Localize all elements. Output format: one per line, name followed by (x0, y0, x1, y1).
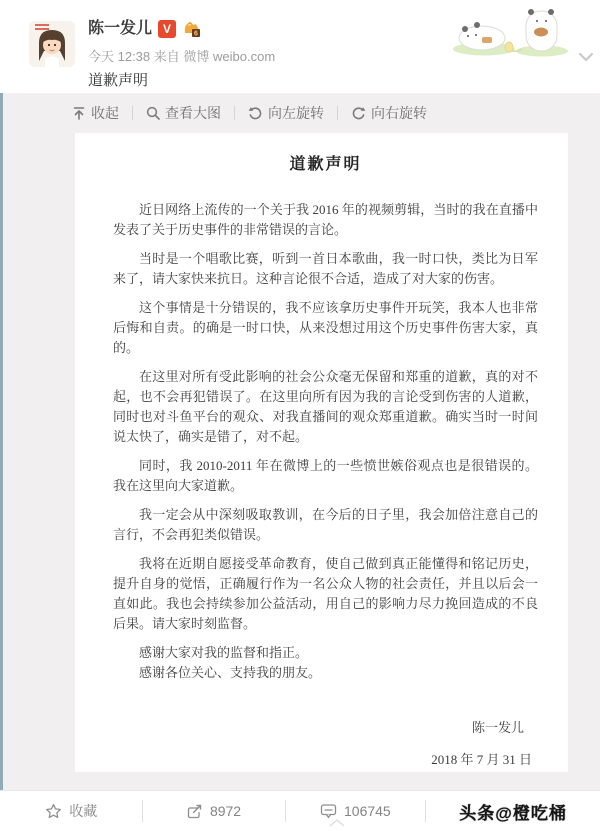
two-pandas-on-grass-icon (452, 4, 572, 59)
cartoon-girl-avatar-icon (29, 21, 75, 67)
watermark-cell: 头条@橙吃桶 (425, 800, 600, 822)
chevron-down-icon[interactable] (578, 50, 594, 68)
post-header: 陈一发儿 V 6 今天 12:38 来自 微博 weibo.com 道歉声明 (0, 0, 600, 93)
rotate-cw-icon (351, 106, 366, 120)
repost-icon (187, 804, 203, 819)
document-paragraph: 我一定会从中深刻吸取教训，在今后的日子里，我会加倍注意自己的言行，不会再犯类似错… (113, 505, 538, 545)
document-date: 2018 年 7 月 31 日 (113, 750, 538, 770)
left-edge-strip (0, 93, 3, 790)
rotate-right-label: 向右旋转 (371, 103, 427, 123)
document-thanks: 感谢大家对我的监督和指正。感谢各位关心、支持我的朋友。 (113, 643, 538, 683)
document-paragraph: 近日网络上流传的一个关于我 2016 年的视频剪辑，当时的我在直播中发表了关于历… (113, 200, 538, 240)
document-paragraph: 同时，我 2010-2011 年在微博上的一些愤世嫉俗观点也是很错误的。我在这里… (113, 456, 538, 496)
view-large-label: 查看大图 (165, 103, 221, 123)
document-paragraph: 这个事情是十分错误的，我不应该拿历史事件开玩笑，我本人也非常后悔和自责。的确是一… (113, 298, 538, 358)
rotate-left-button[interactable]: 向左旋转 (248, 103, 324, 123)
document-paragraph: 当时是一个唱歌比赛，听到一首日本歌曲，我一时口快，类比为日军来了，请大家快来抗日… (113, 249, 538, 289)
verified-badge-icon: V (158, 20, 176, 38)
view-large-button[interactable]: 查看大图 (146, 103, 221, 123)
collapse-label: 收起 (91, 103, 119, 123)
document-paragraph: 我将在近期自愿接受革命教育，使自己做到真正能懂得和铭记历史，提升自身的觉悟，正确… (113, 554, 538, 634)
repost-count: 8972 (210, 803, 241, 819)
comment-button[interactable]: 106745 (285, 800, 426, 822)
thanks-line: 感谢大家对我的监督和指正。 (113, 643, 538, 663)
post-text: 道歉声明 (88, 69, 148, 90)
toolbar-divider (337, 106, 338, 120)
svg-text:6: 6 (194, 31, 198, 38)
document-paragraph: 在这里对所有受此影响的社会公众毫无保留和郑重的道歉，真的对不起，也不会再犯错误了… (113, 367, 538, 447)
signature: 陈一发儿 (113, 718, 538, 738)
document-title: 道歉声明 (113, 155, 538, 175)
vip-level-badge-icon: 6 (182, 20, 202, 38)
collapse-button[interactable]: 收起 (72, 103, 119, 123)
avatar[interactable] (29, 21, 75, 67)
source-link[interactable]: 微博 weibo.com (183, 49, 275, 64)
statement-document-image[interactable]: 道歉声明 近日网络上流传的一个关于我 2016 年的视频剪辑，当时的我在直播中发… (75, 133, 568, 772)
comment-count: 106745 (344, 803, 391, 819)
user-info: 陈一发儿 V 6 今天 12:38 来自 微博 weibo.com (88, 20, 275, 65)
toolbar-divider (132, 106, 133, 120)
username[interactable]: 陈一发儿 (88, 20, 152, 38)
favorite-button[interactable]: 收藏 (0, 800, 142, 822)
timestamp: 今天 12:38 (88, 49, 150, 64)
action-bar: 收藏 8972 106745 头条@橙吃桶 (0, 790, 600, 831)
rotate-ccw-icon (248, 106, 263, 120)
signature-block: 陈一发儿 2018 年 7 月 31 日 (113, 718, 538, 770)
repost-button[interactable]: 8972 (142, 800, 284, 822)
favorite-label: 收藏 (69, 801, 97, 821)
panda-illustration (452, 4, 572, 64)
magnifier-icon (146, 106, 160, 120)
arrow-up-to-bar-icon (72, 106, 86, 120)
image-viewer: 收起 查看大图 向左旋转 向右旋转 道歉声明 (0, 93, 600, 790)
star-icon (45, 803, 62, 819)
source-prefix: 来自 (154, 49, 180, 64)
watermark: 头条@橙吃桶 (459, 799, 567, 824)
caret-up-icon (328, 814, 346, 831)
image-toolbar: 收起 查看大图 向左旋转 向右旋转 (0, 93, 600, 133)
toolbar-divider (234, 106, 235, 120)
thanks-line: 感谢各位关心、支持我的朋友。 (113, 663, 538, 683)
document-paragraphs: 近日网络上流传的一个关于我 2016 年的视频剪辑，当时的我在直播中发表了关于历… (113, 200, 538, 634)
rotate-right-button[interactable]: 向右旋转 (351, 103, 427, 123)
rotate-left-label: 向左旋转 (268, 103, 324, 123)
post-meta: 今天 12:38 来自 微博 weibo.com (88, 46, 275, 65)
